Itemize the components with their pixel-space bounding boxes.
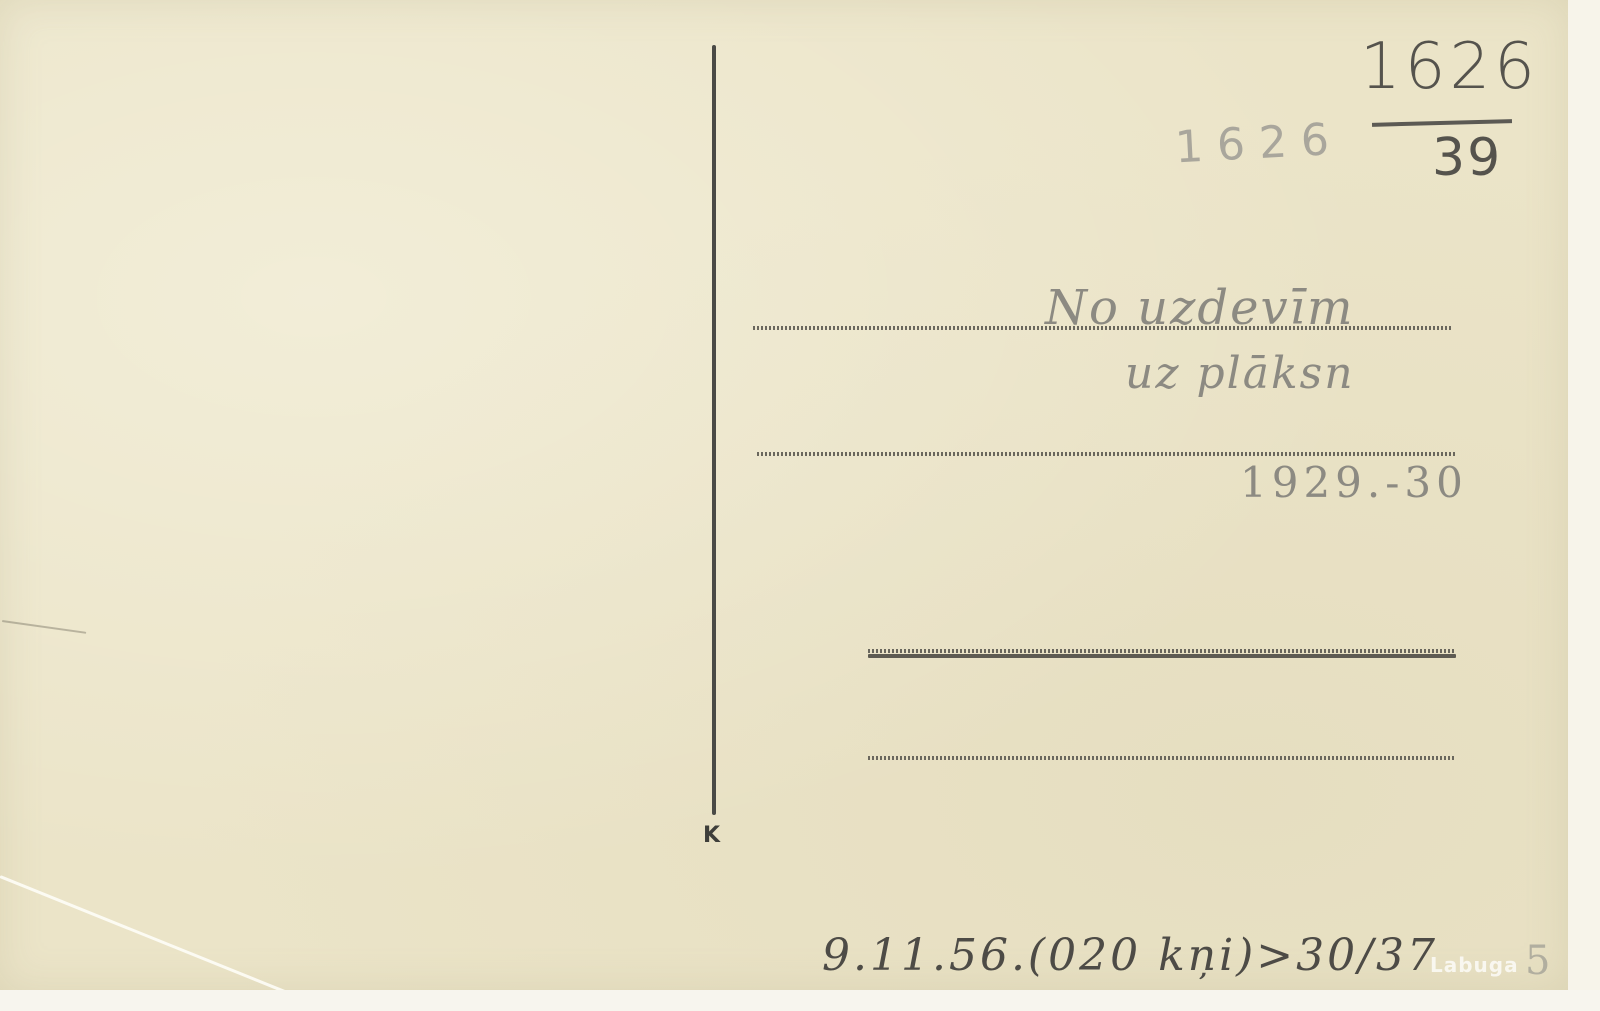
scan-margin-right bbox=[1568, 0, 1600, 1011]
year-range-note: 1929.-30 bbox=[1240, 458, 1468, 507]
pencil-note-line-2: uz plāksn bbox=[1125, 348, 1355, 399]
paper-crease bbox=[2, 620, 86, 634]
center-divider-line bbox=[712, 45, 716, 815]
address-line-2 bbox=[757, 452, 1457, 456]
faint-catalog-number: 1626 bbox=[1174, 114, 1344, 174]
catalog-denominator: 39 bbox=[1432, 128, 1502, 188]
address-line-4 bbox=[868, 756, 1456, 760]
address-line-3-underline bbox=[868, 654, 1456, 658]
pencil-note-line-1: No uzdevīm bbox=[1045, 280, 1354, 336]
scan-margin-bottom bbox=[0, 990, 1600, 1011]
corner-mark: 5 bbox=[1525, 938, 1552, 984]
fraction-bar bbox=[1372, 119, 1512, 127]
address-line-3 bbox=[868, 649, 1456, 653]
watermark: Labuga bbox=[1430, 953, 1519, 977]
postcard-back: K 1626 1626 39 No uzdevīm uz plāksn 1929… bbox=[0, 0, 1568, 990]
bottom-ink-note: 9.11.56.(020 kņi)>30/37 bbox=[822, 930, 1438, 981]
printer-mark: K bbox=[703, 823, 720, 848]
paper-crease bbox=[0, 875, 288, 994]
catalog-number: 1626 bbox=[1360, 30, 1539, 104]
